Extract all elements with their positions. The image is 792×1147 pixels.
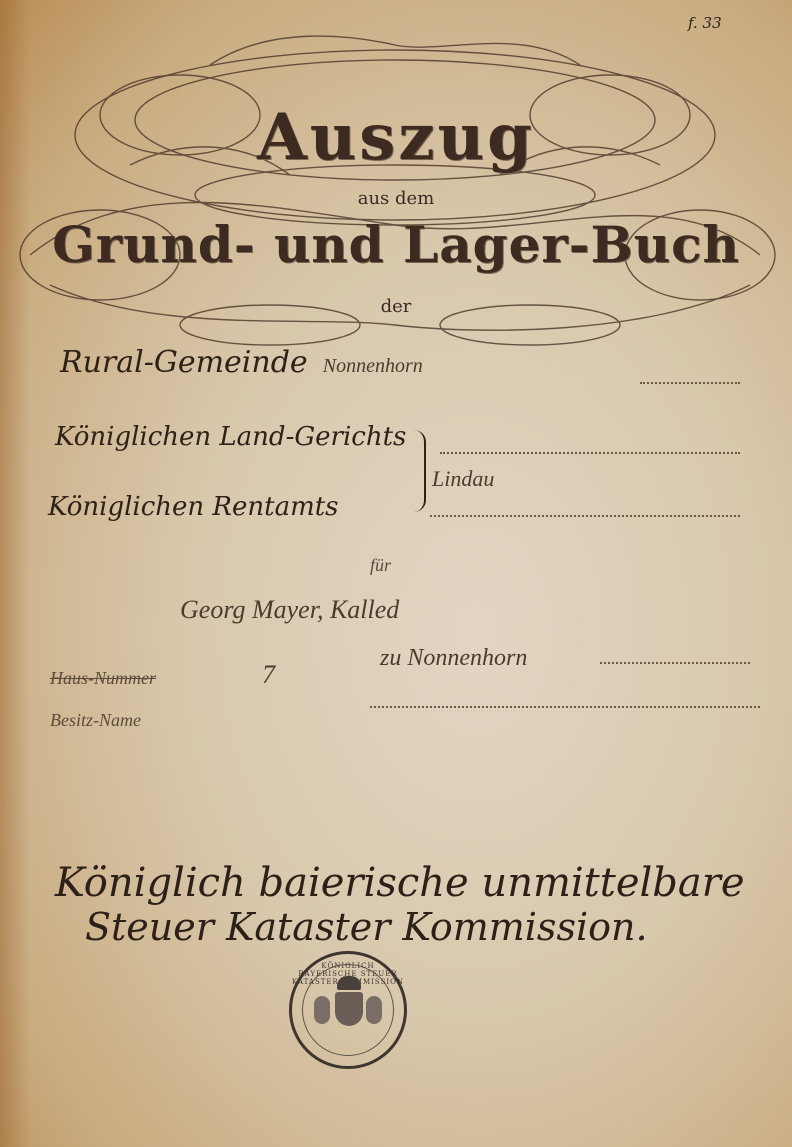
dotted-line [600, 662, 750, 664]
lion-supporter-icon [366, 996, 382, 1024]
field-label: Rural-Gemeinde [60, 345, 308, 380]
field-landgericht: Königlichen Land-Gerichts [55, 422, 406, 452]
commission-line-2: Steuer Kataster Kommission. [85, 905, 648, 949]
book-name: Grund- und Lager-Buch [0, 215, 792, 274]
article-der: der [0, 296, 792, 317]
field-label: Königlichen Rentamts [48, 492, 339, 522]
house-number-label: Haus-Nummer [50, 668, 156, 689]
possession-name-label: Besitz-Name [50, 710, 141, 731]
dotted-line [640, 382, 740, 384]
field-value: Nonnenhorn [323, 355, 423, 377]
field-rentamt: Königlichen Rentamts [48, 492, 339, 522]
document-subtitle: aus dem [0, 188, 792, 209]
dotted-line [370, 706, 760, 708]
field-gemeinde: Rural-Gemeinde Nonnenhorn [60, 345, 423, 380]
coat-of-arms-icon [335, 992, 363, 1026]
bracket [410, 430, 426, 512]
for-label: für [370, 555, 391, 576]
crown-icon [337, 976, 361, 990]
bracket-value: Lindau [432, 466, 494, 492]
field-label: Königlichen Land-Gerichts [55, 422, 406, 452]
dotted-line [440, 452, 740, 454]
lion-supporter-icon [314, 996, 330, 1024]
owner-name: Georg Mayer, Kalled [180, 595, 399, 625]
house-location: zu Nonnenhorn [380, 645, 527, 672]
commission-line-1: Königlich baierische unmittelbare [55, 860, 745, 906]
document-title: Auszug [0, 100, 792, 175]
house-number-value: 7 [262, 660, 275, 690]
official-seal: KÖNIGLICH BAYERISCHE STEUER KATASTER KOM… [289, 951, 407, 1069]
dotted-line [430, 515, 740, 517]
